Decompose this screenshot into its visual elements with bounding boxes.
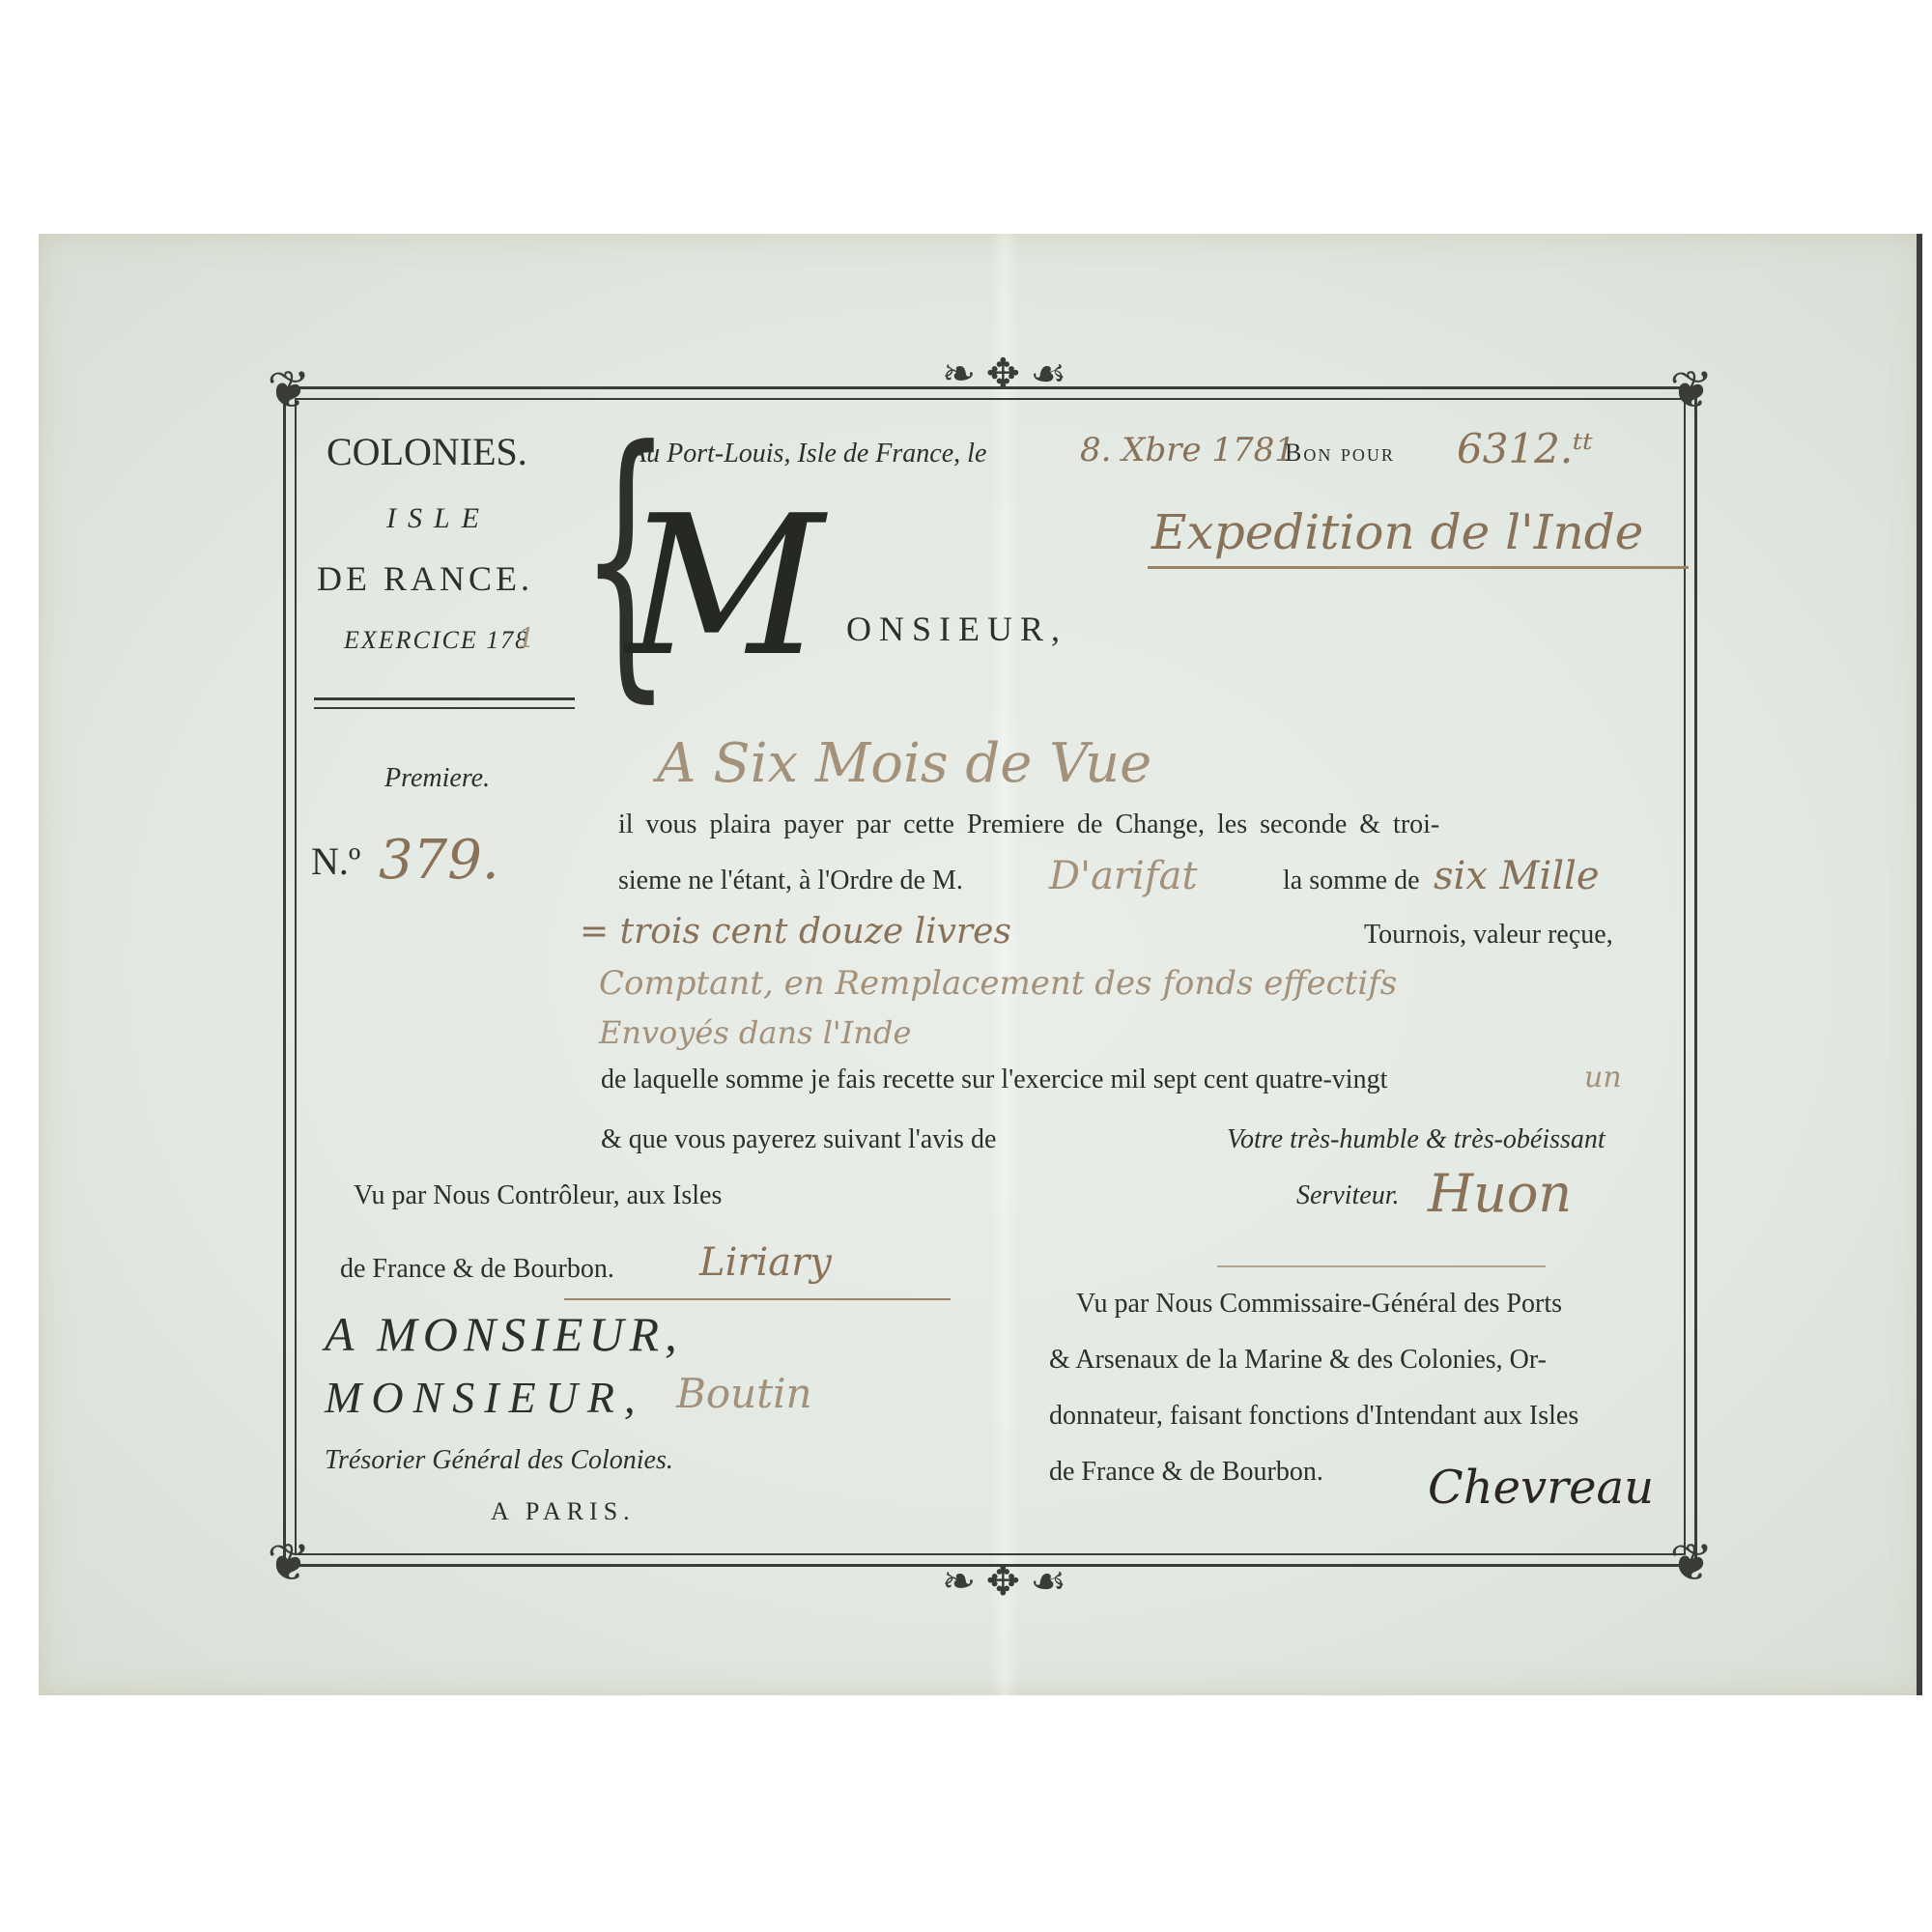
salutation-initial: M: [626, 491, 824, 684]
avis-line: & que vous payerez suivant l'avis de: [601, 1124, 996, 1155]
salutation-rest: ONSIEUR,: [846, 609, 1067, 649]
commissaire-line-2: & Arsenaux de la Marine & des Colonies, …: [1049, 1345, 1547, 1376]
expedition-ink: Expedition de l'Inde: [1151, 504, 1643, 560]
numero-label: N.º: [311, 838, 360, 884]
bon-pour-value: 6312.ᵗᵗ: [1457, 425, 1593, 472]
left-panel-rule: [314, 697, 575, 700]
body-line-2: sieme ne l'étant, à l'Ordre de M.: [618, 866, 963, 896]
closing-line-2: Serviteur.: [1296, 1180, 1400, 1211]
controleur-line-1: Vu par Nous Contrôleur, aux Isles: [354, 1180, 722, 1211]
addressee-title: Trésorier Général des Colonies.: [325, 1445, 673, 1476]
signature-huon: Huon: [1428, 1163, 1572, 1224]
closing-line-1: Votre très-humble & très-obéissant: [1227, 1124, 1605, 1155]
amount-ink-1: six Mille: [1434, 854, 1600, 898]
corner-ornament-icon: ❦: [1661, 1532, 1722, 1594]
numero-value: 379.: [379, 829, 499, 892]
body-line-1: il vous plaira payer par cette Premiere …: [618, 810, 1439, 840]
commissaire-line-3: donnateur, faisant fonctions d'Intendant…: [1049, 1401, 1578, 1432]
controleur-line-2: de France & de Bourbon.: [340, 1254, 614, 1285]
somme-label: la somme de: [1283, 866, 1420, 896]
addressee-name-ink: Boutin: [676, 1370, 812, 1417]
tournois-label: Tournois, valeur reçue,: [1364, 920, 1613, 951]
place-date-printed: Au Port-Louis, Isle de France, le: [630, 439, 986, 469]
monsieur-line: MONSIEUR,: [325, 1372, 644, 1423]
bottom-center-ornament-icon: ❧ ✥ ☙: [942, 1557, 1066, 1605]
corner-ornament-icon: ❦: [258, 359, 320, 421]
corner-ornament-icon: ❦: [258, 1532, 320, 1594]
left-panel-rule: [314, 707, 575, 709]
premiere-label: Premiere.: [384, 763, 490, 794]
value-ink-2: Envoyés dans l'Inde: [599, 1014, 911, 1051]
commissaire-line-4: de France & de Bourbon.: [1049, 1457, 1323, 1488]
expedition-underline: [1148, 566, 1689, 569]
exercice-year-ink: un: [1584, 1061, 1622, 1094]
date-ink: 8. Xbre 1781: [1080, 431, 1295, 469]
exercice-year-ink: 1: [518, 622, 535, 654]
exercice-label: EXERCICE 178: [344, 626, 529, 655]
top-center-ornament-icon: ❧ ✥ ☙: [942, 350, 1066, 398]
payee-ink: D'arifat: [1049, 854, 1198, 898]
amount-ink-2: = trois cent douze livres: [580, 912, 1011, 952]
value-ink-1: Comptant, en Remplacement des fonds effe…: [599, 964, 1397, 1003]
isle-label: ISLE: [386, 502, 491, 535]
corner-ornament-icon: ❦: [1661, 359, 1722, 421]
colonies-heading: COLONIES.: [327, 429, 527, 474]
exercice-line: de laquelle somme je fais recette sur l'…: [601, 1065, 1387, 1095]
signature-flourish: [1217, 1265, 1546, 1267]
signature-liriary: Liriary: [699, 1240, 832, 1285]
addressee-city: A PARIS.: [491, 1497, 636, 1526]
paper-edge: [1917, 234, 1922, 1695]
a-monsieur: A MONSIEUR,: [325, 1306, 683, 1362]
de-rance-label: DE RANCE.: [317, 558, 533, 599]
commissaire-line-1: Vu par Nous Commissaire-Général des Port…: [1076, 1289, 1562, 1320]
liriary-flourish: [564, 1298, 951, 1300]
term-ink: A Six Mois de Vue: [657, 732, 1151, 795]
signature-chevreau: Chevreau: [1428, 1461, 1654, 1515]
bon-pour-label: Bon pour: [1285, 439, 1395, 468]
